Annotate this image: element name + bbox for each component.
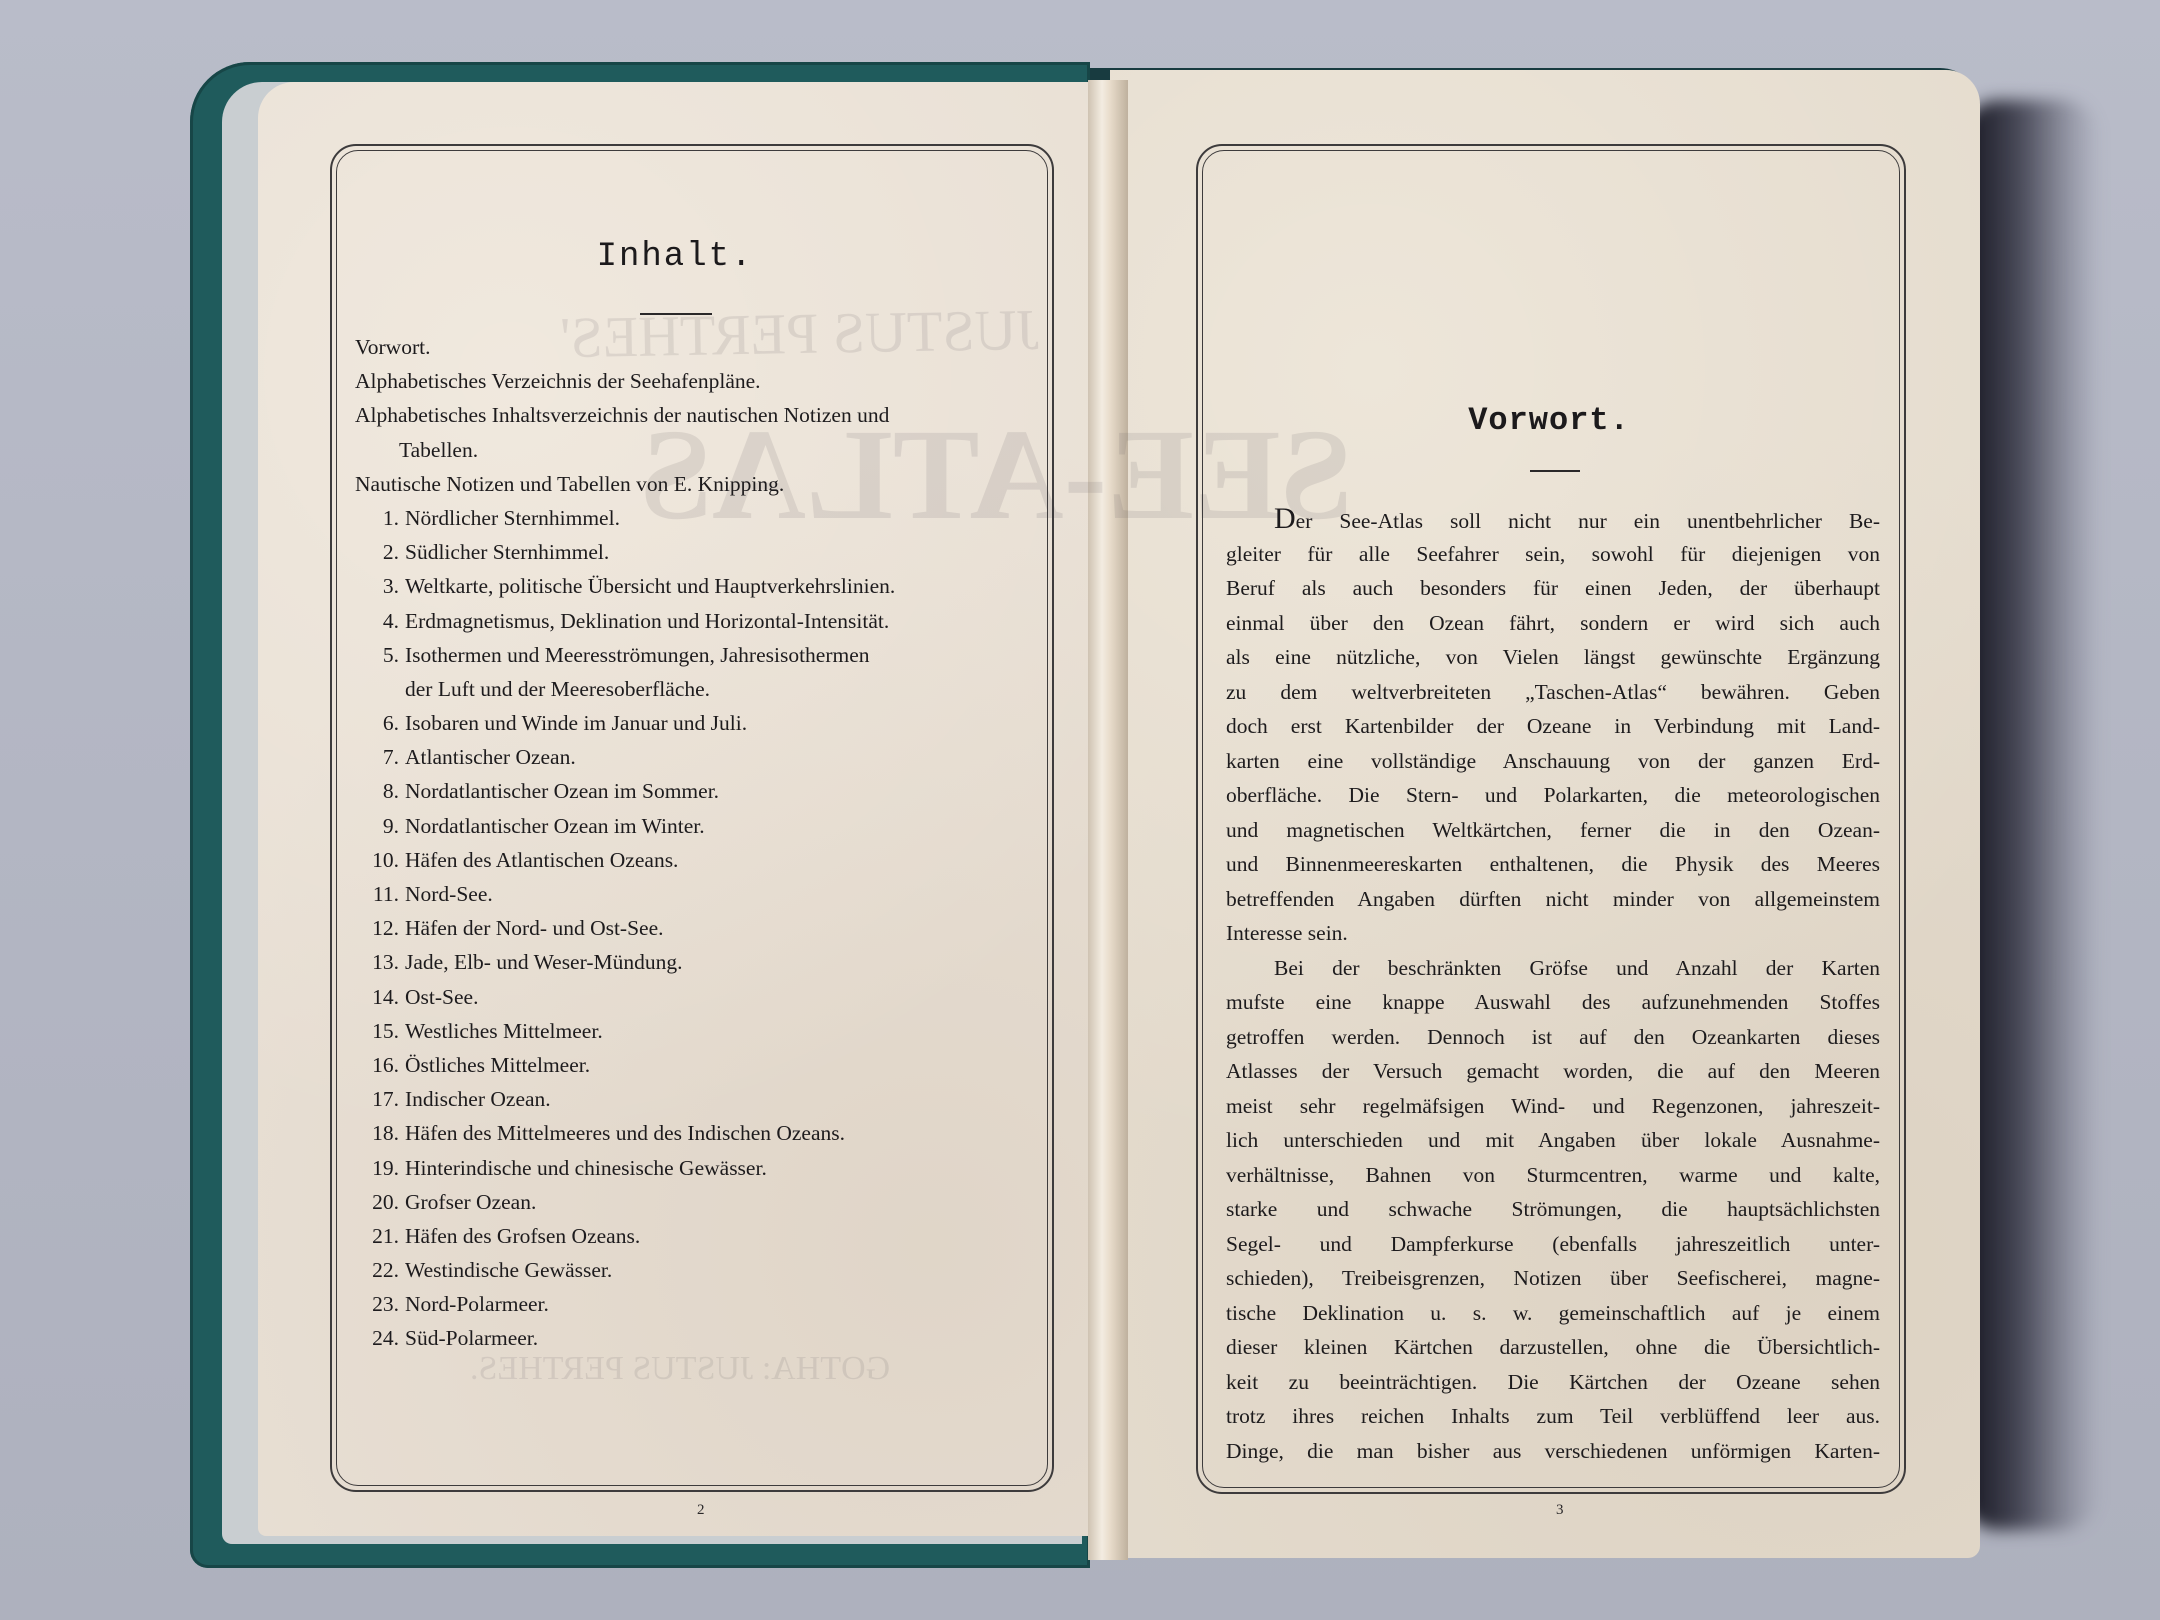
toc-entry-number: 16. — [355, 1048, 399, 1082]
title-divider — [640, 313, 712, 315]
toc-entry-number: 4. — [355, 604, 399, 638]
text-line: verhältnisse, Bahnen von Sturmcentren, w… — [1226, 1158, 1880, 1193]
toc-entry-title: Nordatlantischer Ozean im Sommer. — [405, 779, 719, 803]
toc-entry[interactable]: 23.Nord-Polarmeer. — [355, 1287, 1035, 1321]
toc-entry-title: Östliches Mittelmeer. — [405, 1053, 590, 1077]
text-line: getroffen werden. Dennoch ist auf den Oz… — [1226, 1020, 1880, 1055]
table-of-contents: Vorwort. Alphabetisches Verzeichnis der … — [355, 330, 1035, 1356]
text-line: Dinge, die man bisher aus verschiedenen … — [1226, 1434, 1880, 1469]
toc-entry[interactable]: 8.Nordatlantischer Ozean im Sommer. — [355, 774, 1035, 808]
page-title: Vorwort. — [1196, 402, 1902, 439]
toc-entry-number: 10. — [355, 843, 399, 877]
toc-entry[interactable]: 18.Häfen des Mittelmeeres und des Indisc… — [355, 1116, 1035, 1150]
text-line: dieser kleinen Kärtchen darzustellen, oh… — [1226, 1330, 1880, 1365]
text-line: doch erst Kartenbilder der Ozeane in Ver… — [1226, 709, 1880, 744]
page-number-left: 2 — [697, 1502, 705, 1519]
toc-entry-title: Atlantischer Ozean. — [405, 745, 576, 769]
toc-entry-number: 1. — [355, 501, 399, 535]
toc-entry-title: Grofser Ozean. — [405, 1190, 536, 1214]
toc-entry-number: 24. — [355, 1321, 399, 1355]
toc-entry[interactable]: 12.Häfen der Nord- und Ost-See. — [355, 911, 1035, 945]
toc-entry[interactable]: 13.Jade, Elb- und Weser-Mündung. — [355, 945, 1035, 979]
toc-entry-number: 3. — [355, 569, 399, 603]
toc-entry-number: 18. — [355, 1116, 399, 1150]
toc-entry[interactable]: 14.Ost-See. — [355, 980, 1035, 1014]
toc-entry-number: 9. — [355, 809, 399, 843]
toc-entry-title: Nord-See. — [405, 882, 493, 906]
text-line: einmal über den Ozean fährt, sondern er … — [1226, 606, 1880, 641]
toc-entry-title: Westliches Mittelmeer. — [405, 1019, 603, 1043]
toc-entry-title: Nördlicher Sternhimmel. — [405, 506, 620, 530]
toc-entry[interactable]: 4.Erdmagnetismus, Deklination und Horizo… — [355, 604, 1035, 638]
toc-entry[interactable]: 20.Grofser Ozean. — [355, 1185, 1035, 1219]
text-line: Bei der beschränkten Gröfse und Anzahl d… — [1226, 951, 1880, 986]
toc-entry-number: 5. — [355, 638, 399, 672]
toc-entry[interactable]: 5.Isothermen und Meeresströmungen, Jahre… — [355, 638, 1035, 672]
text-line: als eine nützliche, von Vielen längst ge… — [1226, 640, 1880, 675]
text-line: trotz ihres reichen Inhalts zum Teil ver… — [1226, 1399, 1880, 1434]
text-line: starke und schwache Strömungen, die haup… — [1226, 1192, 1880, 1227]
toc-entry-title: Weltkarte, politische Übersicht und Haup… — [405, 574, 895, 598]
toc-entry-number: 22. — [355, 1253, 399, 1287]
toc-entry-title: Häfen des Atlantischen Ozeans. — [405, 848, 678, 872]
toc-entry[interactable]: 11.Nord-See. — [355, 877, 1035, 911]
toc-entry-number: 17. — [355, 1082, 399, 1116]
toc-entry[interactable]: 2.Südlicher Sternhimmel. — [355, 535, 1035, 569]
toc-entry-title: Häfen des Grofsen Ozeans. — [405, 1224, 640, 1248]
page-title: Inhalt. — [330, 238, 1020, 276]
text-line: Interesse sein. — [1226, 916, 1880, 951]
preface-text: Der See-Atlas soll nicht nur ein unentbe… — [1226, 502, 1880, 1468]
toc-entry[interactable]: 15.Westliches Mittelmeer. — [355, 1014, 1035, 1048]
toc-entry-title: Isobaren und Winde im Januar und Juli. — [405, 711, 747, 735]
toc-entry[interactable]: 3.Weltkarte, politische Übersicht und Ha… — [355, 569, 1035, 603]
drop-cap: D — [1274, 502, 1296, 535]
toc-entry-number: 14. — [355, 980, 399, 1014]
toc-entry[interactable]: 9.Nordatlantischer Ozean im Winter. — [355, 809, 1035, 843]
toc-entry[interactable]: 17.Indischer Ozean. — [355, 1082, 1035, 1116]
text-line: tische Deklination u. s. w. gemeinschaft… — [1226, 1296, 1880, 1331]
toc-entry-number: 2. — [355, 535, 399, 569]
toc-entry-number: 23. — [355, 1287, 399, 1321]
toc-front-item[interactable]: Vorwort. — [355, 330, 1035, 364]
toc-entry-number: 13. — [355, 945, 399, 979]
toc-entry-number: 21. — [355, 1219, 399, 1253]
toc-entry-number: 19. — [355, 1151, 399, 1185]
text-line: Beruf als auch besonders für einen Jeden… — [1226, 571, 1880, 606]
text-line: Segel- und Dampferkurse (ebenfalls jahre… — [1226, 1227, 1880, 1262]
text-line: karten eine vollständige Anschauung von … — [1226, 744, 1880, 779]
toc-entry-title: Häfen des Mittelmeeres und des Indischen… — [405, 1121, 845, 1145]
toc-entry-title: Nordatlantischer Ozean im Winter. — [405, 814, 705, 838]
toc-entry-title: Häfen der Nord- und Ost-See. — [405, 916, 664, 940]
toc-entry-title: Ost-See. — [405, 985, 478, 1009]
toc-entry[interactable]: 6.Isobaren und Winde im Januar und Juli. — [355, 706, 1035, 740]
toc-entry-number: 7. — [355, 740, 399, 774]
toc-entry[interactable]: 24.Süd-Polarmeer. — [355, 1321, 1035, 1355]
toc-entry-title: Süd-Polarmeer. — [405, 1326, 538, 1350]
toc-entry-number: 20. — [355, 1185, 399, 1219]
toc-entry[interactable]: 10.Häfen des Atlantischen Ozeans. — [355, 843, 1035, 877]
text-line: oberfläche. Die Stern- und Polarkarten, … — [1226, 778, 1880, 813]
text-line: zu dem weltverbreiteten „Taschen-Atlas“ … — [1226, 675, 1880, 710]
toc-entry-title: Isothermen und Meeresströmungen, Jahresi… — [405, 643, 870, 667]
toc-entry-title: Westindische Gewässer. — [405, 1258, 612, 1282]
toc-entry-title: Jade, Elb- und Weser-Mündung. — [405, 950, 682, 974]
text-line: Atlasses der Versuch gemacht worden, die… — [1226, 1054, 1880, 1089]
book-shadow — [1960, 100, 2100, 1530]
text-line: betreffenden Angaben dürften nicht minde… — [1226, 882, 1880, 917]
toc-entry[interactable]: 16.Östliches Mittelmeer. — [355, 1048, 1035, 1082]
toc-entry-continuation: der Luft und der Meeresoberfläche. — [355, 672, 1035, 706]
toc-entry[interactable]: 7.Atlantischer Ozean. — [355, 740, 1035, 774]
toc-front-item[interactable]: Nautische Notizen und Tabellen von E. Kn… — [355, 467, 1035, 501]
text-line: und magnetischen Weltkärtchen, ferner di… — [1226, 813, 1880, 848]
text-line: mufste eine knappe Auswahl des aufzunehm… — [1226, 985, 1880, 1020]
toc-entry[interactable]: 22.Westindische Gewässer. — [355, 1253, 1035, 1287]
text-line: gleiter für alle Seefahrer sein, sowohl … — [1226, 537, 1880, 572]
toc-entry-title: Nord-Polarmeer. — [405, 1292, 549, 1316]
text-line: lich unterschieden und mit Angaben über … — [1226, 1123, 1880, 1158]
toc-entry-title: Hinterindische und chinesische Gewässer. — [405, 1156, 767, 1180]
toc-entry-title: Südlicher Sternhimmel. — [405, 540, 609, 564]
toc-entry[interactable]: 21.Häfen des Grofsen Ozeans. — [355, 1219, 1035, 1253]
toc-entry-number: 11. — [355, 877, 399, 911]
toc-entry-number: 6. — [355, 706, 399, 740]
toc-front-item[interactable]: Alphabetisches Verzeichnis der Seehafenp… — [355, 364, 1035, 398]
toc-entry[interactable]: 1.Nördlicher Sternhimmel. — [355, 501, 1035, 535]
toc-entry-number: 15. — [355, 1014, 399, 1048]
toc-entry-title: Indischer Ozean. — [405, 1087, 551, 1111]
toc-front-item[interactable]: Alphabetisches Inhaltsverzeichnis der na… — [355, 398, 1035, 432]
toc-front-item-continuation: Tabellen. — [355, 433, 1035, 467]
toc-entry-title: Erdmagnetismus, Deklination und Horizont… — [405, 609, 889, 633]
text-line: und Binnenmeereskarten enthaltenen, die … — [1226, 847, 1880, 882]
page-number-right: 3 — [1556, 1502, 1564, 1519]
book-gutter — [1088, 80, 1128, 1560]
text-line: meist sehr regelmäfsigen Wind- und Regen… — [1226, 1089, 1880, 1124]
text-line: Der See-Atlas soll nicht nur ein unentbe… — [1226, 502, 1880, 537]
title-divider — [1530, 470, 1580, 472]
toc-entry[interactable]: 19.Hinterindische und chinesische Gewäss… — [355, 1151, 1035, 1185]
toc-entry-number: 8. — [355, 774, 399, 808]
toc-entry-number: 12. — [355, 911, 399, 945]
text-line: schieden), Treibeisgrenzen, Notizen über… — [1226, 1261, 1880, 1296]
text-line: keit zu beeinträchtigen. Die Kärtchen de… — [1226, 1365, 1880, 1400]
